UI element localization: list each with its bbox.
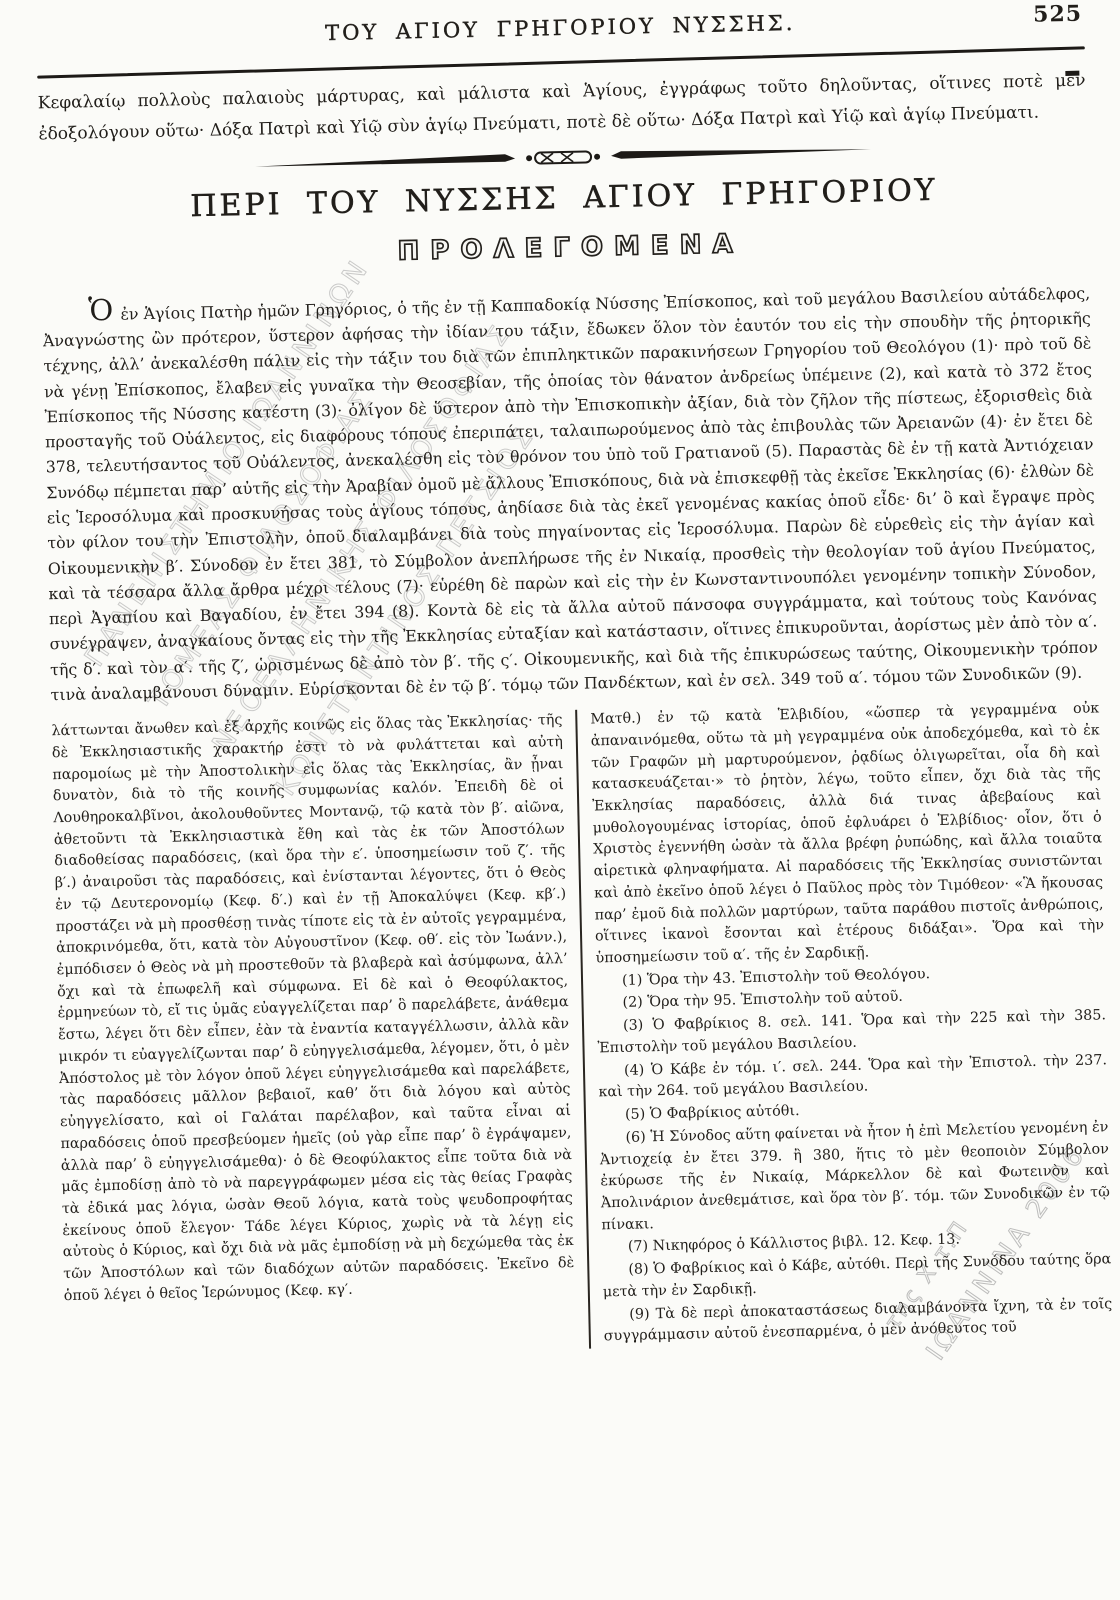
section-subtitle: ΠΡΟΛΕΓΟΜΕΝΑ	[41, 221, 1089, 274]
footnote-label: (8)	[628, 1261, 649, 1277]
footnote-text: Ὁ Κάβε ἐν τόμ. ι′. σελ. 244. Ὅρα καὶ τὴν…	[598, 1052, 1107, 1101]
footnote-label: (1)	[622, 972, 643, 988]
ornament-center	[526, 151, 600, 164]
prologue-text: ἐν Ἁγίοις Πατὴρ ἡμῶν Γρηγόριος, ὁ τῆς ἐν…	[43, 283, 1098, 704]
footnote-label: (2)	[622, 995, 643, 1011]
drop-cap-initial: Ὁ	[88, 293, 116, 328]
footnote-text: Τὰ δὲ περὶ ἀποκαταστάσεως διαλαμβάνοντα …	[604, 1296, 1113, 1345]
footnote-text: Ὅρα τὴν 95. Ἐπιστολὴν τοῦ αὐτοῦ.	[643, 989, 903, 1011]
footnote-text: Ὅρα τὴν 43. Ἐπιστολὴν τοῦ Θεολόγου.	[642, 966, 930, 988]
footnote-text: Ἡ Σύνοδος αὕτη φαίνεται νὰ ἦτον ἡ ἐπὶ Με…	[600, 1119, 1110, 1233]
divider-ornament	[253, 141, 873, 175]
right-column: Ματθ.) ἐν τῷ κατὰ Ἑλβιδίου, «ὥσπερ τὰ γε…	[575, 699, 1113, 1349]
carryover-paragraph: Κεφαλαίῳ πολλοὺς παλαιοὺς μάρτυρας, καὶ …	[37, 66, 1086, 151]
footnote-text: Ὁ Φαβρίκιος 8. σελ. 141. Ὅρα καὶ τὴν 225…	[597, 1008, 1106, 1057]
two-column-section: λάττωνται ἄνωθεν καὶ ἐξ ἀρχῆς κοινῶς εἰς…	[51, 699, 1113, 1361]
page-content: ΤΟΥ ΑΓΙΟΥ ΓΡΗΓΟΡΙΟΥ ΝΥΣΣΗΣ. 525 Κεφαλαίῳ…	[36, 5, 1113, 1361]
footnote-text: Ὁ Φαβρίκιος αὐτόθι.	[645, 1103, 800, 1122]
prologue-paragraph: Ὁ ἐν Ἁγίοις Πατὴρ ἡμῶν Γρηγόριος, ὁ τῆς …	[42, 274, 1099, 707]
running-title: ΤΟΥ ΑΓΙΟΥ ΓΡΗΓΟΡΙΟΥ ΝΥΣΣΗΣ.	[36, 5, 1084, 52]
footnote-label: (5)	[625, 1106, 646, 1122]
left-column: λάττωνται ἄνωθεν καὶ ἐξ ἀρχῆς κοινῶς εἰς…	[51, 710, 589, 1360]
footnote-label: (7)	[628, 1239, 649, 1255]
right-column-continuation: Ματθ.) ἐν τῷ κατὰ Ἑλβιδίου, «ὥσπερ τὰ γε…	[590, 699, 1105, 971]
footnote-label: (9)	[629, 1306, 650, 1322]
footnote-label: (6)	[625, 1129, 646, 1145]
footnote-label: (4)	[624, 1062, 645, 1078]
footnote-text: Νικηφόρος ὁ Κάλλιστος βιβλ. 12. Κεφ. 13.	[648, 1232, 960, 1255]
footnote-label: (3)	[623, 1018, 644, 1034]
page-number: 525	[1033, 1, 1082, 28]
header-rule-tick	[1065, 71, 1079, 76]
section-title: ΠΕΡΙ ΤΟΥ ΝΥΣΣΗΣ ΑΓΙΟΥ ΓΡΗΓΟΡΙΟΥ	[40, 169, 1089, 227]
footnote-item: (6) Ἡ Σύνοδος αὕτη φαίνεται νὰ ἦτον ἡ ἐπ…	[599, 1117, 1110, 1237]
scanned-book-page: ΠΑΝΕΠΙΣΤΗΜΙΟ ΙΩΑΝΝΙΝΩΝ ΤΟΜΕΑΣ ΦΙΛΟΣΟΦΙΑΣ…	[0, 0, 1120, 1600]
footnote-text: Ὁ Φαβρίκιος καὶ ὁ Κάβε, αὐτόθι. Περὶ τῆς…	[603, 1251, 1112, 1300]
page-header: ΤΟΥ ΑΓΙΟΥ ΓΡΗΓΟΡΙΟΥ ΝΥΣΣΗΣ. 525	[36, 5, 1084, 58]
left-column-text: λάττωνται ἄνωθεν καὶ ἐξ ἀρχῆς κοινῶς εἰς…	[51, 710, 575, 1307]
